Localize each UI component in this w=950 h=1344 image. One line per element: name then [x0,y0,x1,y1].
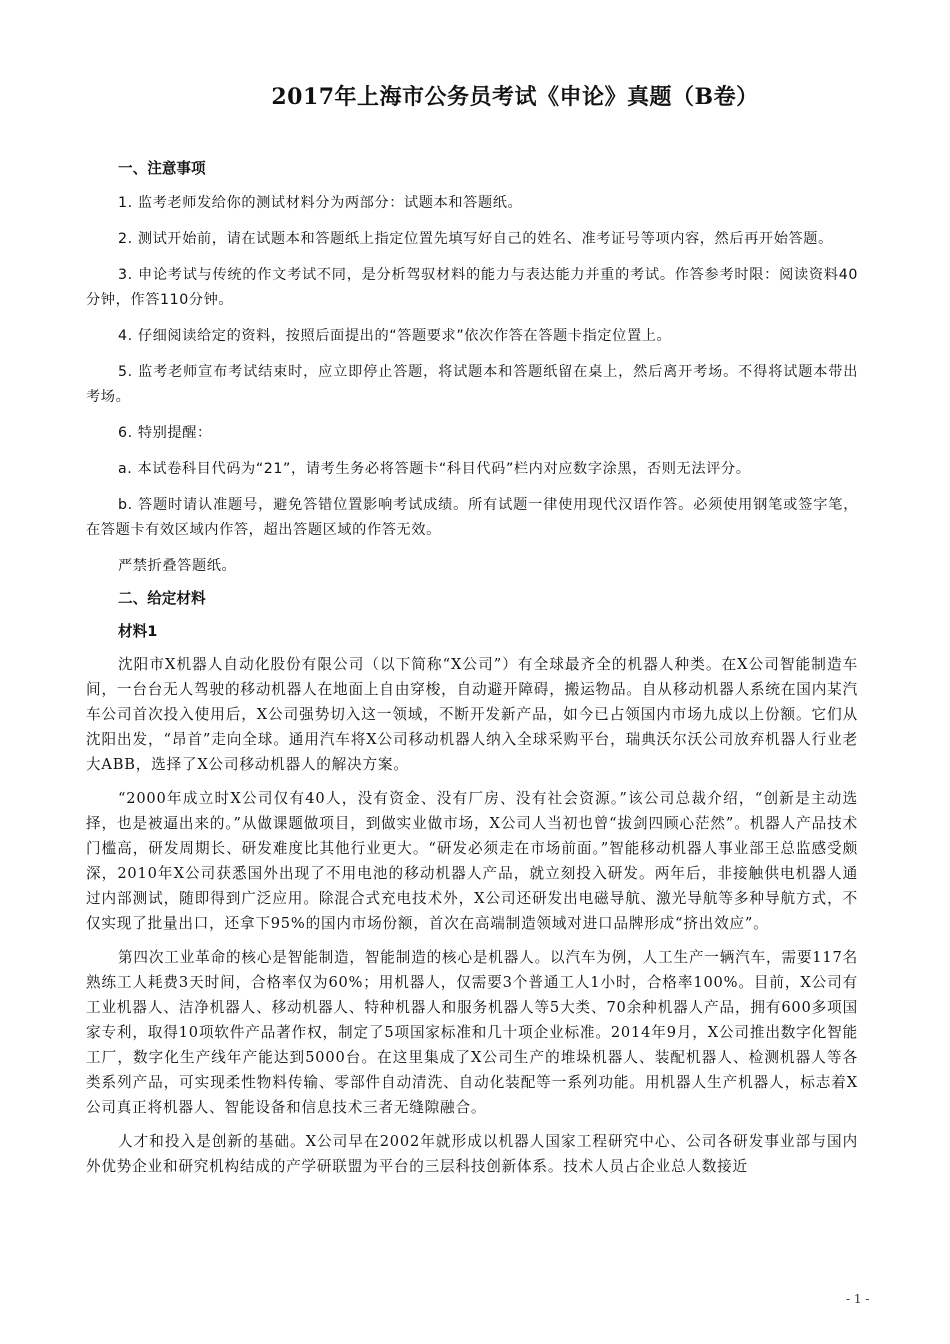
notice-item-b: b. 答题时请认准题号，避免答错位置影响考试成绩。所有试题一律使用现代汉语作答。… [86,493,858,543]
document-body: 一、注意事项 1. 监考老师发给你的测试材料分为两部分：试题本和答题纸。 2. … [86,158,858,1179]
notice-item-a: a. 本试卷科目代码为“21”，请考生务必将答题卡“科目代码”栏内对应数字涂黑，… [86,457,858,482]
material-paragraph: 沈阳市X机器人自动化股份有限公司（以下简称“X公司”）有全球最齐全的机器人种类。… [86,652,858,777]
document-title: 2017年上海市公务员考试《申论》真题（B卷） [0,80,950,111]
notice-item-1: 1. 监考老师发给你的测试材料分为两部分：试题本和答题纸。 [86,191,858,216]
document-page: 2017年上海市公务员考试《申论》真题（B卷） 一、注意事项 1. 监考老师发给… [0,0,950,1344]
notice-item-2: 2. 测试开始前，请在试题本和答题纸上指定位置先填写好自己的姓名、准考证号等项内… [86,227,858,252]
section-heading-materials: 二、给定材料 [118,588,858,610]
notice-item-fold: 严禁折叠答题纸。 [86,554,858,579]
page-number: - 1 - [846,1292,869,1306]
notice-item-4: 4. 仔细阅读给定的资料，按照后面提出的“答题要求”依次作答在答题卡指定位置上。 [86,324,858,349]
notice-item-3: 3. 申论考试与传统的作文考试不同，是分析驾驭材料的能力与表达能力并重的考试。作… [86,263,858,313]
notice-item-6: 6. 特别提醒： [86,421,858,446]
section-heading-notice: 一、注意事项 [118,158,858,180]
material-1-label: 材料1 [118,621,858,643]
material-paragraph: 人才和投入是创新的基础。X公司早在2002年就形成以机器人国家工程研究中心、公司… [86,1129,858,1179]
material-paragraph: “2000年成立时X公司仅有40人，没有资金、没有厂房、没有社会资源。”该公司总… [86,786,858,936]
material-paragraph: 第四次工业革命的核心是智能制造，智能制造的核心是机器人。以汽车为例，人工生产一辆… [86,945,858,1120]
notice-item-5: 5. 监考老师宣布考试结束时，应立即停止答题，将试题本和答题纸留在桌上，然后离开… [86,360,858,410]
